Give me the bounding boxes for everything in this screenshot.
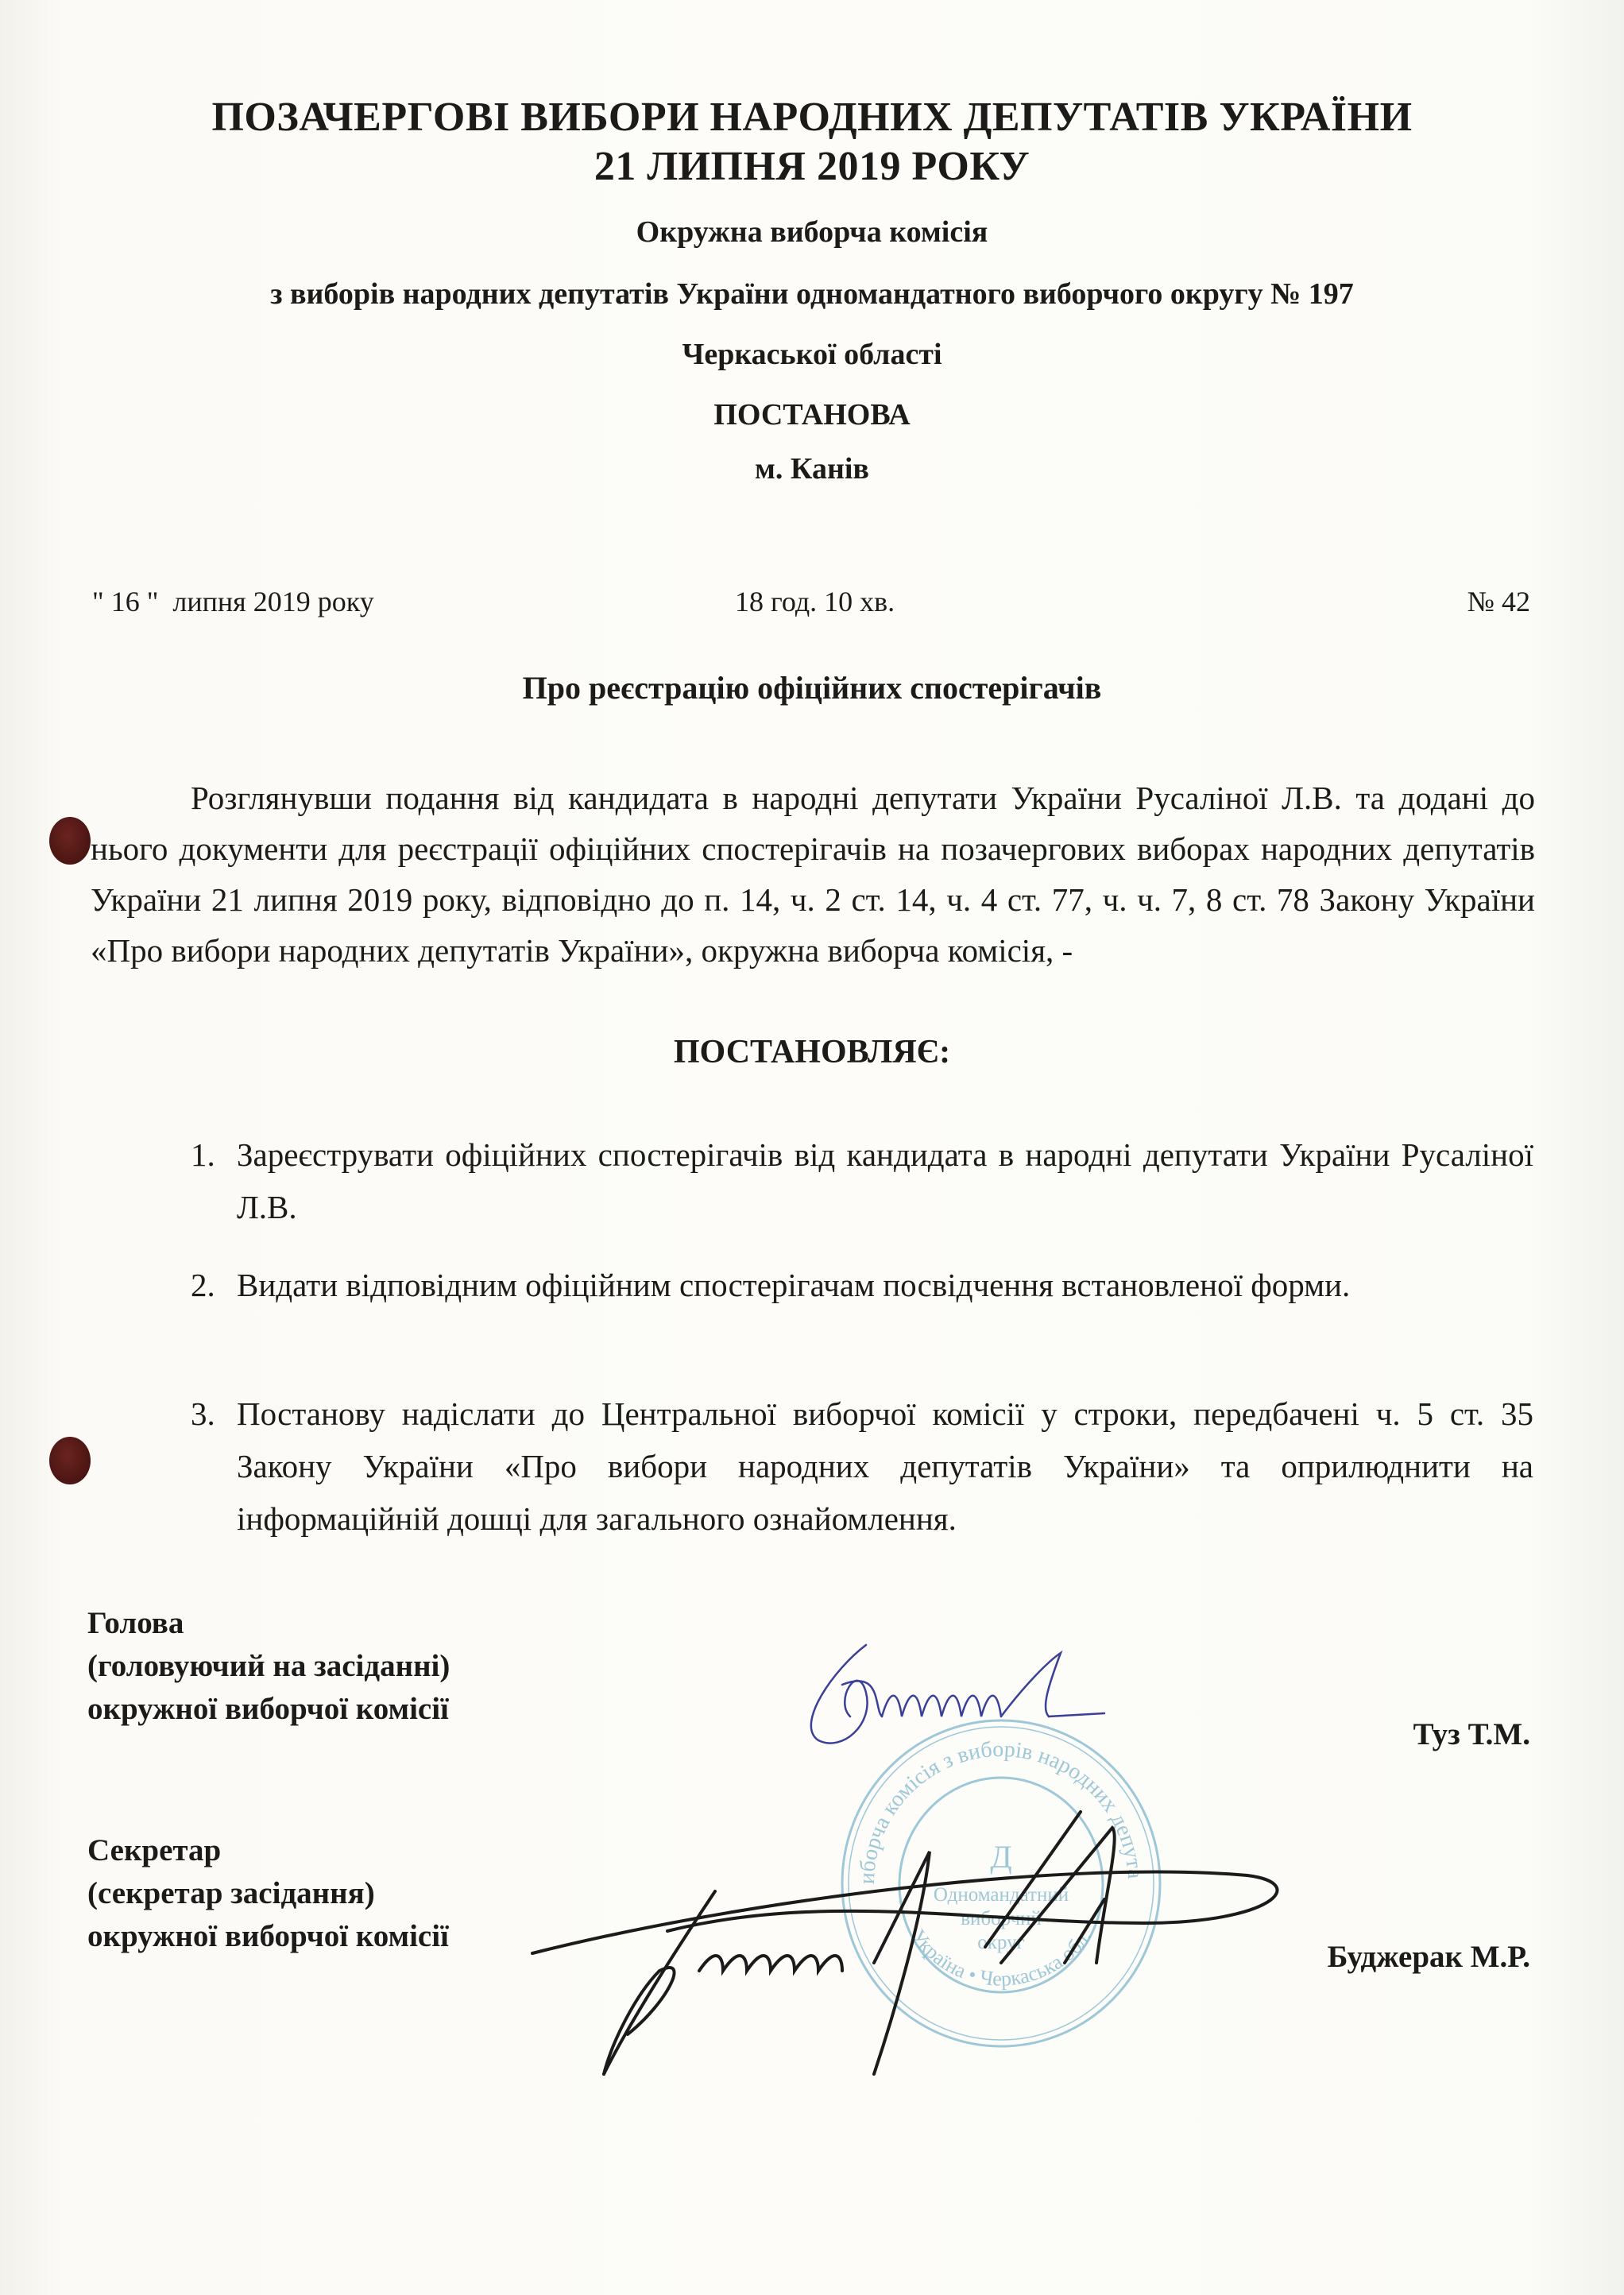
region-name: Черкаської області [0,337,1624,372]
city-name: м. Канів [0,451,1624,486]
chair-signature-icon [787,1637,1136,1756]
punch-hole [49,817,91,865]
resolution-number: 2. [191,1259,215,1311]
resolution-item: 3. Постанову надіслати до Центральної ви… [191,1387,1533,1545]
resolution-text: Видати відповідним офіційним спостерігач… [237,1259,1533,1311]
document-date: " 16 " липня 2019 року [92,585,374,618]
resolution-number: 1. [191,1128,215,1181]
resolves-heading: ПОСТАНОВЛЯЄ: [0,1033,1624,1071]
resolution-item: 1. Зареєструвати офіційних спостерігачів… [191,1128,1533,1233]
commission-name: Окружна виборча комісія [0,215,1624,250]
resolution-item: 2. Видати відповідним офіційним спостері… [191,1259,1533,1311]
secretary-signature-icon [508,1804,1414,2090]
chair-label: Голова (головуючий на засіданні) окружно… [87,1602,450,1731]
secretary-label: Секретар (секретар засідання) окружної в… [87,1829,449,1958]
resolution-number: 3. [191,1387,215,1440]
document-time: 18 год. 10 хв. [735,585,895,618]
resolution-text: Постанову надіслати до Центральної вибор… [237,1387,1533,1545]
election-date-title: 21 ЛИПНЯ 2019 РОКУ [0,143,1624,191]
document-number: № 42 [1467,585,1530,618]
preamble-paragraph: Розглянувши подання від кандидата в наро… [91,772,1535,976]
election-title: ПОЗАЧЕРГОВІ ВИБОРИ НАРОДНИХ ДЕПУТАТІВ УК… [0,94,1624,141]
punch-hole [49,1437,91,1484]
resolution-text: Зареєструвати офіційних спостерігачів ві… [237,1128,1533,1233]
document-type: ПОСТАНОВА [0,397,1624,432]
chair-name: Туз Т.М. [1413,1716,1530,1752]
document-subject: Про реєстрацію офіційних спостерігачів [0,669,1624,706]
commission-scope: з виборів народних депутатів України одн… [0,277,1624,312]
